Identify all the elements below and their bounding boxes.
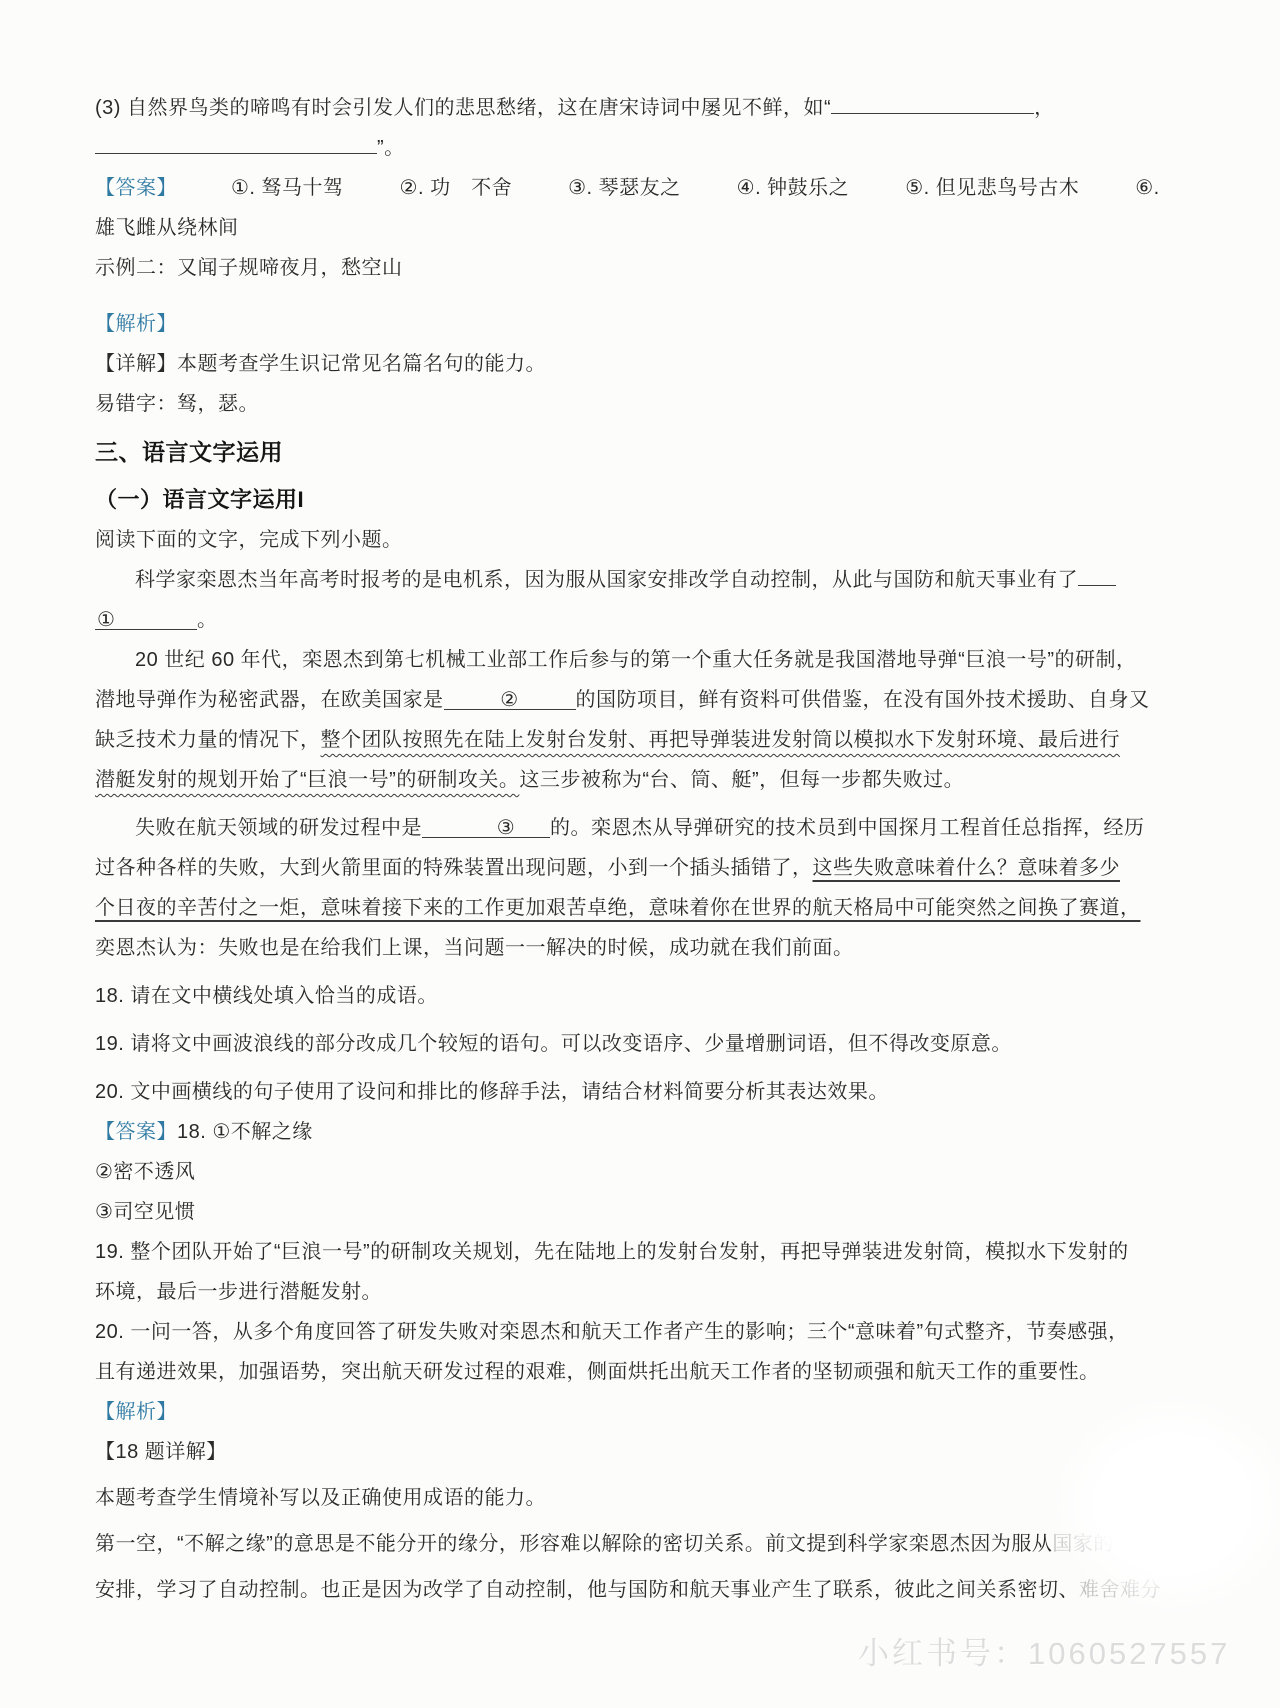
text-run: 的国防项目，鲜有资料可供借鉴，在没有国外技术援助、自身又 — [576, 689, 1150, 711]
passage-p2-line1: 20 世纪 60 年代，栾恩杰到第七机械工业部工作后参与的第一个重大任务就是我国… — [95, 640, 1185, 680]
answer-blank — [1078, 563, 1116, 586]
text-run: 18. ①不解之缘 — [177, 1121, 313, 1143]
spacer — [177, 193, 231, 194]
text-run: 环境，最后一步进行潜艇发射。 — [95, 1281, 382, 1303]
text-run: 【18 题详解】 — [95, 1441, 227, 1463]
answer-18-line2: ②密不透风 — [95, 1152, 1185, 1192]
text-run: 第一空，“不解之缘”的意思是不能分开的缘分，形容难以解除的密切关系。前文提到科学… — [95, 1533, 1052, 1555]
passage-p2-line3: 缺乏技术力量的情况下，整个团队按照先在陆上发射台发射、再把导弹装进发射筒以模拟水… — [95, 720, 1185, 760]
jiexi-label: 【解析】 — [95, 1401, 177, 1423]
question-20: 20. 文中画横线的句子使用了设问和排比的修辞手法，请结合材料简要分析其表达效果… — [95, 1072, 1185, 1112]
spacer — [681, 193, 737, 194]
answer-blank — [95, 131, 377, 154]
answer-18-line3: ③司空见惯 — [95, 1192, 1185, 1232]
passage-p2-line2: 潜地导弹作为秘密武器，在欧美国家是②的国防项目，鲜有资料可供借鉴，在没有国外技术… — [95, 680, 1185, 720]
detail-18-blank1-line1: 第一空，“不解之缘”的意思是不能分开的缘分，形容难以解除的密切关系。前文提到科学… — [95, 1524, 1185, 1564]
text-run: 奕恩杰认为：失败也是在给我们上课，当问题一一解决的时候，成功就在我们前面。 — [95, 937, 854, 959]
text-run: 20. 一问一答，从多个角度回答了研发失败对栾恩杰和航天工作者产生的影响；三个“… — [95, 1321, 1129, 1343]
wavy-underlined-text: 整个团队按照先在陆上发射台发射、再把导弹装进发射筒以模拟水下发射环境、最后进行 — [321, 729, 1121, 751]
text-run: 且有递进效果，加强语势，突出航天研发过程的艰难，侧面烘托出航天工作者的坚韧顽强和… — [95, 1361, 1100, 1383]
text-run: ， — [1034, 97, 1055, 119]
text-run: ①. 驽马十驾 — [231, 177, 344, 199]
answer-20-line1: 20. 一问一答，从多个角度回答了研发失败对栾恩杰和航天工作者产生的影响；三个“… — [95, 1312, 1185, 1352]
text-run: 本题考查学生情境补写以及正确使用成语的能力。 — [95, 1487, 546, 1509]
text-run: 。 — [197, 609, 218, 631]
text-run: 阅读下面的文字，完成下列小题。 — [95, 529, 403, 551]
text-run: ③司空见惯 — [95, 1201, 195, 1223]
spacer — [344, 193, 400, 194]
text-run: 易错字：驽，瑟。 — [95, 393, 259, 415]
document-body: (3) 自然界鸟类的啼鸣有时会引发人们的悲思愁绪，这在唐宋诗词中屡见不鲜，如“，… — [95, 88, 1185, 1610]
text-run: 失败在航天领域的研发过程中是 — [135, 817, 422, 839]
straight-underlined-text: 这些失败意味着什么？意味着多少 — [813, 857, 1121, 879]
passage-p3-line1: 失败在航天领域的研发过程中是③的。栾恩杰从导弹研究的技术员到中国探月工程首任总指… — [95, 808, 1185, 848]
q3-xiangjie: 【详解】本题考查学生识记常见名篇名句的能力。 — [95, 344, 1185, 384]
question-19: 19. 请将文中画波浪线的部分改成几个较短的语句。可以改变语序、少量增删词语，但… — [95, 1024, 1185, 1064]
subsection-title: （一）语言文字运用I — [95, 487, 304, 512]
text-run: 缺乏技术力量的情况下， — [95, 729, 321, 751]
text-run: 【详解】本题考查学生识记常见名篇名句的能力。 — [95, 353, 546, 375]
text-run: ”。 — [377, 137, 405, 159]
jiexi-label-2: 【解析】 — [95, 1392, 1185, 1432]
answer-blank-numbered: ③ — [422, 815, 550, 838]
watermark-xiaohongshu-id: 小红书号：1060527557 — [858, 1628, 1230, 1673]
text-run: 示例二：又闻子规啼夜月，愁空山 — [95, 257, 403, 279]
faded-text: 难舍难分 — [1079, 1579, 1161, 1601]
text-run: (3) 自然界鸟类的啼鸣有时会引发人们的悲思愁绪，这在唐宋诗词中屡见不鲜，如“ — [95, 97, 831, 119]
text-run: 这三步被称为“台、筒、艇”，但每一步都失败过。 — [519, 769, 964, 791]
exam-answer-document-page: (3) 自然界鸟类的啼鸣有时会引发人们的悲思愁绪，这在唐宋诗词中屡见不鲜，如“，… — [0, 0, 1280, 1708]
passage-p3-line2: 过各种各样的失败，大到火箭里面的特殊装置出现问题，小到一个插头插错了，这些失败意… — [95, 848, 1185, 888]
text-run: 安排，学习了自动控制。也正是因为改学了自动控制，他与国防和航天事业产生了联系，彼… — [95, 1579, 1079, 1601]
detail-18-intro: 本题考查学生情境补写以及正确使用成语的能力。 — [95, 1478, 1185, 1518]
text-run: 20 世纪 60 年代，栾恩杰到第七机械工业部工作后参与的第一个重大任务就是我国… — [135, 649, 1136, 671]
faded-text: 国家的 — [1052, 1533, 1114, 1555]
text-run: ②. 功 不舍 — [400, 177, 513, 199]
passage-p3-line3: 个日夜的辛苦付之一炬，意味着接下来的工作更加艰苦卓绝，意味着你在世界的航天格局中… — [95, 888, 1185, 928]
detail-18-blank1-line2: 安排，学习了自动控制。也正是因为改学了自动控制，他与国防和航天事业产生了联系，彼… — [95, 1570, 1185, 1610]
spacer — [849, 193, 905, 194]
text-run: 雄飞雌从绕林间 — [95, 217, 239, 239]
answer-18-line1: 【答案】18. ①不解之缘 — [95, 1112, 1185, 1152]
text-run: 18. 请在文中横线处填入恰当的成语。 — [95, 985, 438, 1007]
reading-instruction: 阅读下面的文字，完成下列小题。 — [95, 520, 1185, 560]
question-18: 18. 请在文中横线处填入恰当的成语。 — [95, 976, 1185, 1016]
text-run: 20. 文中画横线的句子使用了设问和排比的修辞手法，请结合材料简要分析其表达效果… — [95, 1081, 889, 1103]
q3-error-chars: 易错字：驽，瑟。 — [95, 384, 1185, 424]
text-run: 19. 整个团队开始了“巨浪一号”的研制攻关规划，先在陆地上的发射台发射，再把导… — [95, 1241, 1129, 1263]
section-heading: 三、语言文字运用 — [95, 432, 1185, 472]
answer-label: 【答案】 — [95, 177, 177, 199]
q3-answer-example2: 示例二：又闻子规啼夜月，愁空山 — [95, 248, 1185, 288]
q3-answer-line1: 【答案】①. 驽马十驾②. 功 不舍③. 琴瑟友之④. 钟鼓乐之⑤. 但见悲鸟号… — [95, 168, 1185, 208]
text-run: 潜地导弹作为秘密武器，在欧美国家是 — [95, 689, 444, 711]
text-run: ⑤. 但见悲鸟号古木 — [905, 177, 1079, 199]
q3-stem-line2: ”。 — [95, 128, 1185, 168]
answer-blank-numbered: ① — [95, 607, 197, 630]
subsection-heading: （一）语言文字运用I — [95, 480, 1185, 520]
detail-18-heading: 【18 题详解】 — [95, 1432, 1185, 1472]
passage-p3-line4: 奕恩杰认为：失败也是在给我们上课，当问题一一解决的时候，成功就在我们前面。 — [95, 928, 1185, 968]
text-run: 科学家栾恩杰当年高考时报考的是电机系，因为服从国家安排改学自动控制，从此与国防和… — [135, 569, 1078, 591]
text-run: ②密不透风 — [95, 1161, 195, 1183]
text-run: ④. 钟鼓乐之 — [737, 177, 850, 199]
wavy-underlined-text: 潜艇发射的规划开始了“巨浪一号”的研制攻关。 — [95, 769, 519, 791]
spacer — [1079, 193, 1135, 194]
passage-p1-line1: 科学家栾恩杰当年高考时报考的是电机系，因为服从国家安排改学自动控制，从此与国防和… — [95, 560, 1185, 600]
answer-label: 【答案】 — [95, 1121, 177, 1143]
text-run: ⑥. — [1135, 177, 1160, 199]
jiexi-label: 【解析】 — [95, 313, 177, 335]
answer-20-line2: 且有递进效果，加强语势，突出航天研发过程的艰难，侧面烘托出航天工作者的坚韧顽强和… — [95, 1352, 1185, 1392]
answer-19-line2: 环境，最后一步进行潜艇发射。 — [95, 1272, 1185, 1312]
text-run: 的。栾恩杰从导弹研究的技术员到中国探月工程首任总指挥，经历 — [550, 817, 1145, 839]
answer-blank-numbered: ② — [444, 687, 576, 710]
answer-blank — [831, 91, 1034, 114]
section-title: 三、语言文字运用 — [95, 439, 283, 465]
text-run: ③. 琴瑟友之 — [568, 177, 681, 199]
spacer — [512, 193, 568, 194]
q3-jiexi-label: 【解析】 — [95, 304, 1185, 344]
straight-underlined-text: 个日夜的辛苦付之一炬，意味着接下来的工作更加艰苦卓绝，意味着你在世界的航天格局中… — [95, 897, 1141, 919]
q3-stem-line1: (3) 自然界鸟类的啼鸣有时会引发人们的悲思愁绪，这在唐宋诗词中屡见不鲜，如“， — [95, 88, 1185, 128]
answer-19-line1: 19. 整个团队开始了“巨浪一号”的研制攻关规划，先在陆地上的发射台发射，再把导… — [95, 1232, 1185, 1272]
text-run: 过各种各样的失败，大到火箭里面的特殊装置出现问题，小到一个插头插错了， — [95, 857, 813, 879]
q3-answer-line2: 雄飞雌从绕林间 — [95, 208, 1185, 248]
passage-p1-line2: ①。 — [95, 600, 1185, 640]
passage-p2-line4: 潜艇发射的规划开始了“巨浪一号”的研制攻关。这三步被称为“台、筒、艇”，但每一步… — [95, 760, 1185, 800]
text-run: 19. 请将文中画波浪线的部分改成几个较短的语句。可以改变语序、少量增删词语，但… — [95, 1033, 1012, 1055]
